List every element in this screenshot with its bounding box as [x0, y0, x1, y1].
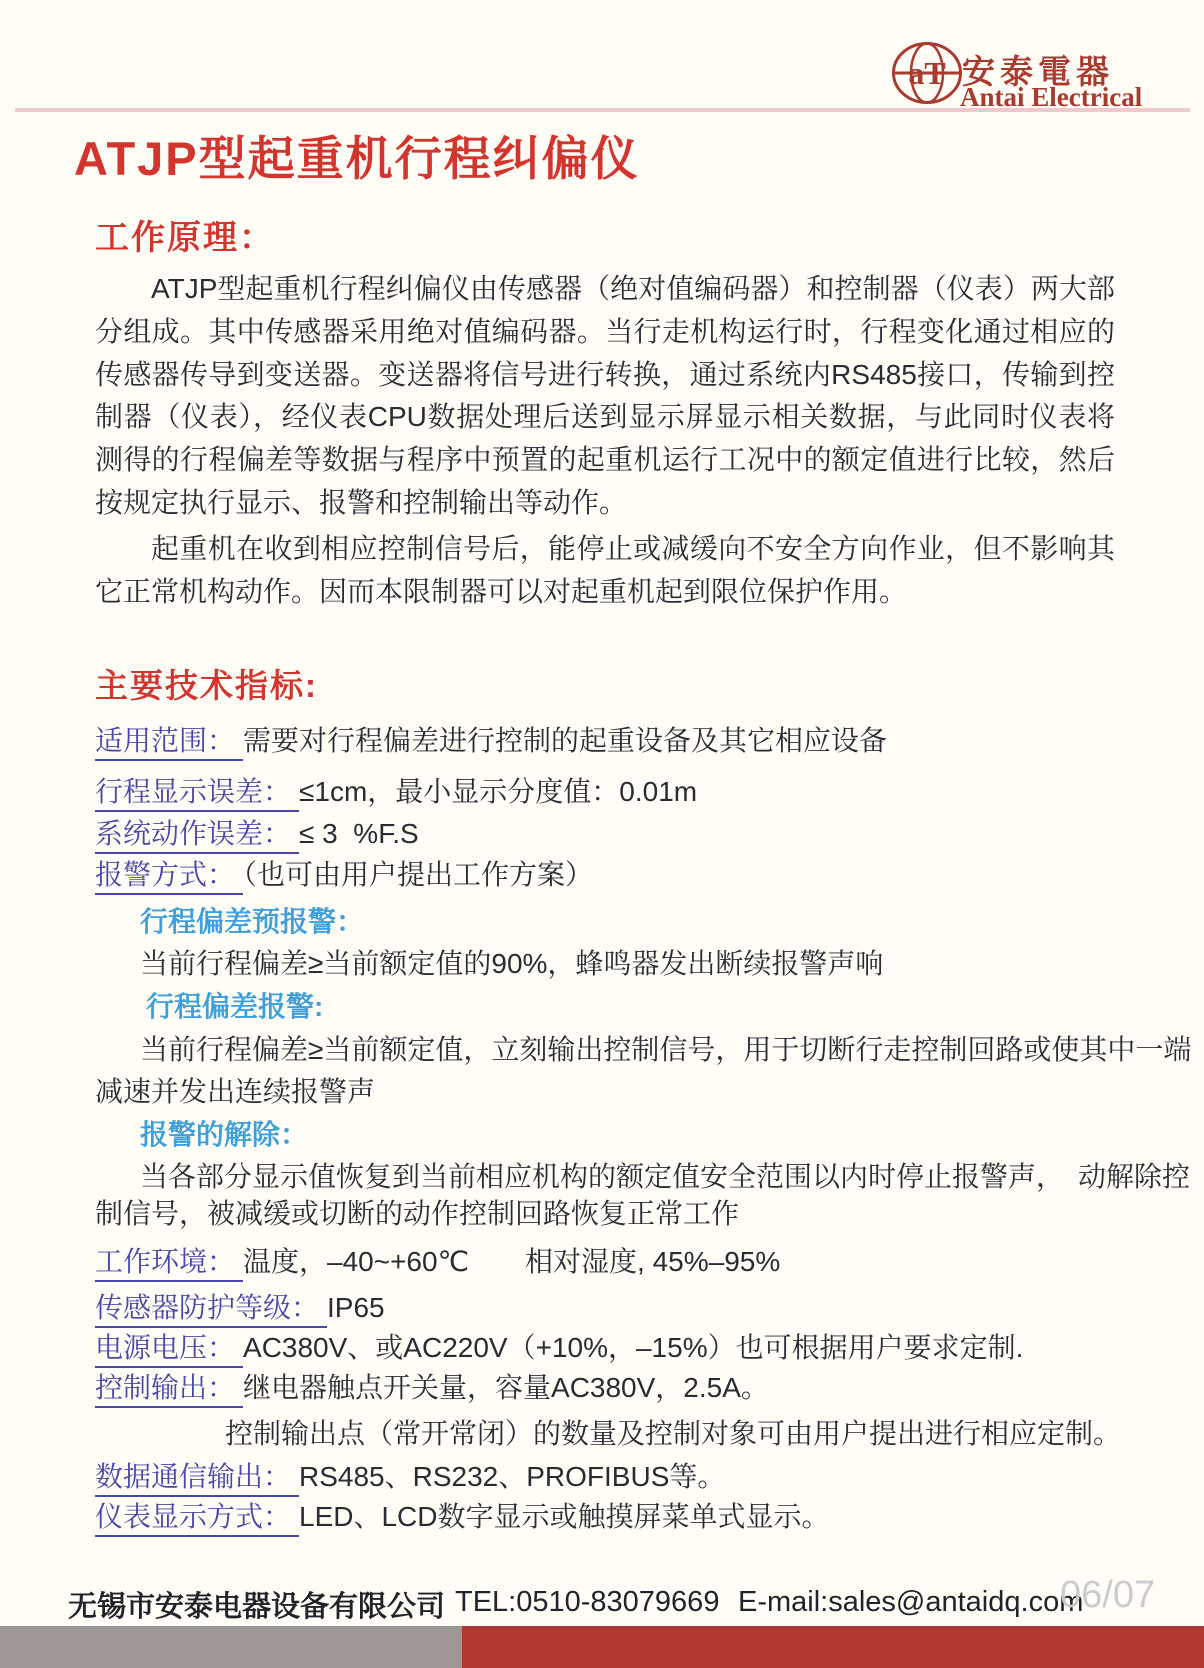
subheading-prealarm: 行程偏差预报警：	[140, 900, 364, 940]
alarm-text-line1: 当前行程偏差≥当前额定值，立刻输出控制信号，用于切断行走控制回路或使其中一端	[140, 1028, 1191, 1068]
spec-label: 适用范围：	[95, 725, 243, 761]
spec-row-environment: 工作环境：温度，–40~+60℃ 相对湿度, 45%–95%	[95, 1240, 780, 1280]
spec-row-scope: 适用范围：需要对行程偏差进行控制的起重设备及其它相应设备	[95, 719, 887, 759]
spec-label: 报警方式：	[95, 859, 243, 895]
spec-row-display-error: 行程显示误差：≤1cm，最小显示分度值：0.01m	[95, 770, 697, 810]
working-principle-paragraph-1: ATJP型起重机行程纠偏仪由传感器（绝对值编码器）和控制器（仪表）两大部分组成。…	[95, 268, 1115, 525]
spec-label: 传感器防护等级：	[95, 1292, 327, 1328]
spec-row-protection-rating: 传感器防护等级：IP65	[95, 1286, 385, 1326]
spec-value: IP65	[327, 1292, 385, 1323]
spec-label: 数据通信输出：	[95, 1461, 299, 1497]
subheading-alarm-clear: 报警的解除：	[140, 1113, 308, 1153]
page-number: 06/07	[1060, 1574, 1155, 1617]
spec-value: RS485、RS232、PROFIBUS等。	[299, 1461, 725, 1492]
spec-value: ≤ 3 %F.S	[299, 818, 419, 849]
document-page: aT 安泰電器 Antai Electrical ATJP型起重机行程纠偏仪 工…	[0, 0, 1204, 1668]
header-divider	[15, 108, 1190, 112]
spec-row-action-error: 系统动作误差：≤ 3 %F.S	[95, 812, 419, 852]
prealarm-text: 当前行程偏差≥当前额定值的90%，蜂鸣器发出断续报警声响	[140, 942, 883, 982]
spec-value: LED、LCD数字显示或触摸屏菜单式显示。	[299, 1501, 829, 1532]
spec-row-control-output: 控制输出：继电器触点开关量，容量AC380V，2.5A。	[95, 1366, 769, 1406]
logo-monogram: aT	[908, 55, 945, 91]
control-output-note: 控制输出点（常开常闭）的数量及控制对象可由用户提出进行相应定制。	[225, 1412, 1121, 1452]
footer-telephone: TEL:0510-83079669	[455, 1586, 719, 1619]
subheading-alarm: 行程偏差报警:	[146, 985, 323, 1025]
footer-email: E-mail:sales@antaidq.com	[738, 1586, 1083, 1619]
spec-row-communication: 数据通信输出：RS485、RS232、PROFIBUS等。	[95, 1455, 725, 1495]
spec-row-display-mode: 仪表显示方式：LED、LCD数字显示或触摸屏菜单式显示。	[95, 1495, 830, 1535]
spec-label: 系统动作误差：	[95, 818, 299, 854]
footer-strip-red	[462, 1626, 1204, 1668]
alarm-clear-text-line2: 制信号，被减缓或切断的动作控制回路恢复正常工作	[95, 1192, 739, 1232]
spec-row-power-voltage: 电源电压：AC380V、或AC220V（+10%，–15%）也可根据用户要求定制…	[95, 1326, 1023, 1366]
spec-label: 电源电压：	[95, 1332, 243, 1368]
spec-label: 仪表显示方式：	[95, 1501, 299, 1537]
spec-label: 控制输出：	[95, 1372, 243, 1408]
alarm-text-line2: 减速并发出连续报警声	[95, 1070, 375, 1110]
spec-label: 工作环境：	[95, 1246, 243, 1282]
spec-label: 行程显示误差：	[95, 776, 299, 812]
section-heading-main-specs: 主要技术指标:	[95, 660, 318, 707]
footer-company-name: 无锡市安泰电器设备有限公司	[68, 1584, 445, 1625]
working-principle-paragraph-2: 起重机在收到相应控制信号后，能停止或减缓向不安全方向作业，但不影响其它正常机构动…	[95, 528, 1115, 614]
spec-value: 需要对行程偏差进行控制的起重设备及其它相应设备	[243, 725, 887, 756]
spec-value: 温度，–40~+60℃ 相对湿度, 45%–95%	[243, 1246, 780, 1277]
spec-value: （也可由用户提出工作方案）	[243, 859, 593, 890]
spec-value: 继电器触点开关量，容量AC380V，2.5A。	[243, 1372, 769, 1403]
footer-strip-gray	[0, 1626, 462, 1668]
antai-logo-icon: aT	[890, 40, 964, 106]
spec-value: ≤1cm，最小显示分度值：0.01m	[299, 776, 697, 807]
section-heading-working-principle: 工作原理：	[95, 210, 275, 259]
spec-row-alarm-mode: 报警方式：（也可由用户提出工作方案）	[95, 853, 593, 893]
alarm-clear-text-line1: 当各部分显示值恢复到当前相应机构的额定值安全范围以内时停止报警声， 动解除控	[140, 1155, 1190, 1195]
spec-value: AC380V、或AC220V（+10%，–15%）也可根据用户要求定制.	[243, 1332, 1023, 1363]
page-title: ATJP型起重机行程纠偏仪	[74, 122, 640, 189]
